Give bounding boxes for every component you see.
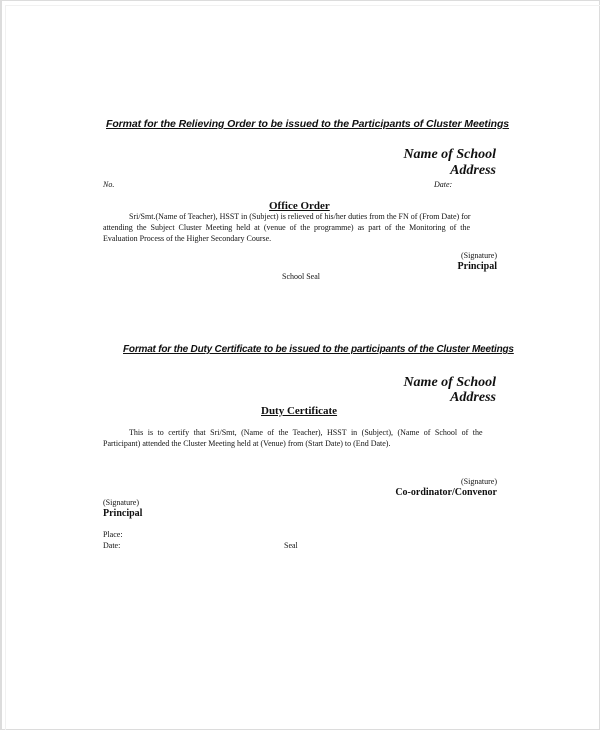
duty-certificate-body-line: This is to certify that Sri/Smt, (Name o… xyxy=(103,427,498,438)
duty-certificate-body-line: Participant) attended the Cluster Meetin… xyxy=(103,438,498,449)
coordinator-signature-label: (Signature) xyxy=(461,477,497,486)
page-margin-line xyxy=(5,5,600,6)
coordinator-label: Co-ordinator/Convenor xyxy=(395,487,497,498)
duty-certificate-body: This is to certify that Sri/Smt, (Name o… xyxy=(103,427,498,449)
office-order-body-line: Evaluation Process of the Higher Seconda… xyxy=(103,233,498,244)
principal-signature-label: (Signature) xyxy=(103,498,139,507)
order-date-label: Date: xyxy=(434,180,452,189)
relieving-order-format-heading: Format for the Relieving Order to be iss… xyxy=(106,118,509,130)
school-name: Name of School xyxy=(403,375,496,391)
duty-certificate-format-heading: Format for the Duty Certificate to be is… xyxy=(123,344,514,355)
date-label: Date: xyxy=(103,541,120,550)
office-order-body-line: attending the Subject Cluster Meeting he… xyxy=(103,222,498,233)
page-margin-line xyxy=(5,5,6,730)
seal-label: Seal xyxy=(284,541,298,550)
duty-certificate-title: Duty Certificate xyxy=(261,405,337,417)
office-order-body-line: Sri/Smt.(Name of Teacher), HSST in (Subj… xyxy=(103,211,498,222)
principal-label: Principal xyxy=(458,261,497,272)
principal-label: Principal xyxy=(103,508,142,519)
principal-signature-label: (Signature) xyxy=(461,251,497,260)
school-address: Address xyxy=(450,163,496,179)
document-page xyxy=(0,0,600,730)
school-name: Name of School xyxy=(403,147,496,163)
office-order-body: Sri/Smt.(Name of Teacher), HSST in (Subj… xyxy=(103,211,498,244)
school-seal-label: School Seal xyxy=(282,272,320,281)
order-number-label: No. xyxy=(103,180,114,189)
place-label: Place: xyxy=(103,530,123,539)
school-address: Address xyxy=(450,390,496,406)
